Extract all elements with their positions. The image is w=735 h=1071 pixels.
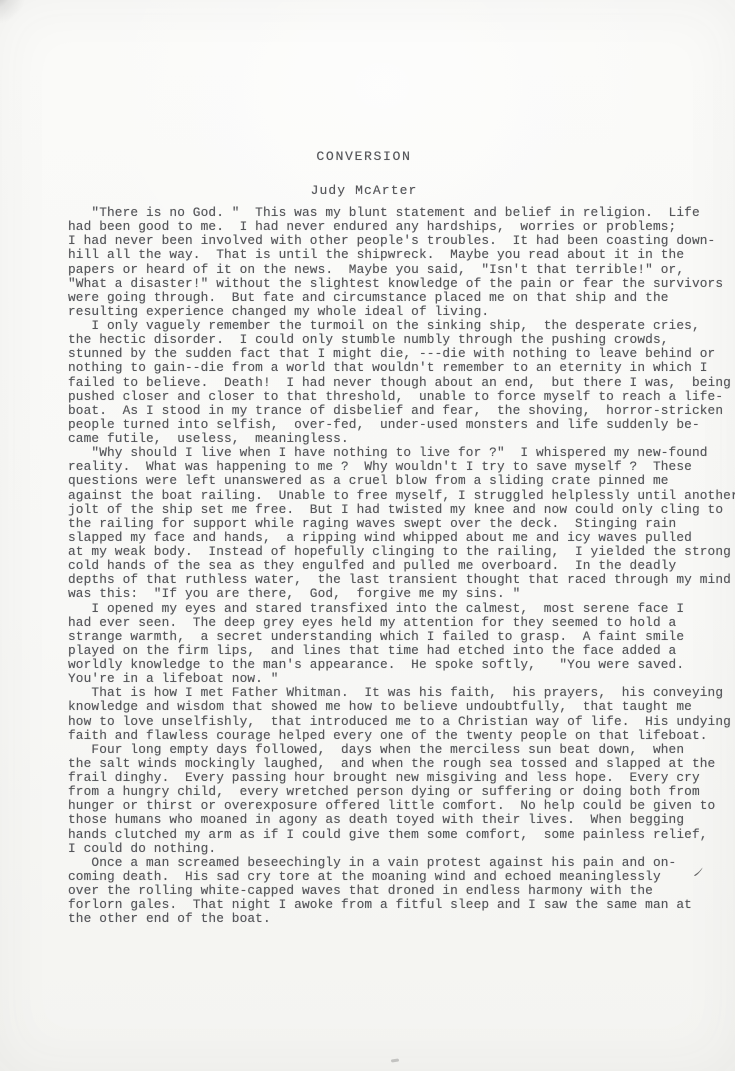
text-line: I opened my eyes and stared transfixed i… (68, 602, 708, 616)
text-line: resulting experience changed my whole id… (68, 305, 708, 319)
text-line: coming death. His sad cry tore at the mo… (68, 870, 708, 884)
paragraph: I opened my eyes and stared transfixed i… (68, 602, 708, 687)
text-line: at my weak body. Instead of hopefully cl… (68, 545, 708, 559)
text-line: jolt of the ship set me free. But I had … (68, 503, 708, 517)
text-line: worldly knowledge to the man's appearanc… (68, 658, 708, 672)
text-line: the salt winds mockingly laughed, and wh… (68, 757, 708, 771)
scanned-document-page: CONVERSION Judy McArter "There is no God… (0, 0, 735, 1071)
text-line: papers or heard of it on the news. Maybe… (68, 263, 708, 277)
text-line: stunned by the sudden fact that I might … (68, 347, 708, 361)
text-line: questions were left unanswered as a crue… (68, 474, 708, 488)
text-line: was this: "If you are there, God, forgiv… (68, 587, 708, 601)
text-line: Four long empty days followed, days when… (68, 743, 708, 757)
text-line: knowledge and wisdom that showed me how … (68, 700, 708, 714)
paragraph: "There is no God. " This was my blunt st… (68, 206, 708, 319)
text-line: hands clutched my arm as if I could give… (68, 828, 708, 842)
paragraph: "Why should I live when I have nothing t… (68, 446, 708, 601)
text-line: the railing for support while raging wav… (68, 517, 708, 531)
page-title: CONVERSION (60, 150, 668, 164)
text-line: "Why should I live when I have nothing t… (68, 446, 708, 460)
text-line: I had never been involved with other peo… (68, 234, 708, 248)
text-line: the hectic disorder. I could only stumbl… (68, 333, 708, 347)
text-line: how to love unselfishly, that introduced… (68, 715, 708, 729)
text-line: came futile, useless, meaningless. (68, 432, 708, 446)
text-line: faith and flawless courage helped every … (68, 729, 708, 743)
story-body: "There is no God. " This was my blunt st… (68, 206, 708, 926)
text-line: I could do nothing. (68, 842, 708, 856)
text-line: strange warmth, a secret understanding w… (68, 630, 708, 644)
text-line: people turned into selfish, over-fed, un… (68, 418, 708, 432)
text-line: cold hands of the sea as they engulfed a… (68, 559, 708, 573)
text-line: reality. What was happening to me ? Why … (68, 460, 708, 474)
document-heading: CONVERSION Judy McArter (60, 150, 668, 198)
text-line: were going through. But fate and circums… (68, 291, 708, 305)
text-line: boat. As I stood in my trance of disbeli… (68, 404, 708, 418)
text-line: "There is no God. " This was my blunt st… (68, 206, 708, 220)
text-line: hunger or thirst or overexposure offered… (68, 799, 708, 813)
text-line: against the boat railing. Unable to free… (68, 489, 708, 503)
paragraph: I only vaguely remember the turmoil on t… (68, 319, 708, 446)
text-line: I only vaguely remember the turmoil on t… (68, 319, 708, 333)
text-line: failed to believe. Death! I had never th… (68, 376, 708, 390)
paper-speck (391, 1058, 399, 1062)
text-line: forlorn gales. That night I awoke from a… (68, 898, 708, 912)
text-line: had ever seen. The deep grey eyes held m… (68, 616, 708, 630)
text-line: those humans who moaned in agony as deat… (68, 813, 708, 827)
text-line: from a hungry child, every wretched pers… (68, 785, 708, 799)
text-line: slapped my face and hands, a ripping win… (68, 531, 708, 545)
text-line: Once a man screamed beseechingly in a va… (68, 856, 708, 870)
paragraph: That is how I met Father Whitman. It was… (68, 686, 708, 743)
text-line: hill all the way. That is until the ship… (68, 248, 708, 262)
text-line: played on the firm lips, and lines that … (68, 644, 708, 658)
text-line: over the rolling white-capped waves that… (68, 884, 708, 898)
text-line: pushed closer and closer to that thresho… (68, 390, 708, 404)
text-line: nothing to gain--die from a world that w… (68, 361, 708, 375)
text-line: the other end of the boat. (68, 912, 708, 926)
paragraph: Four long empty days followed, days when… (68, 743, 708, 856)
text-line: You're in a lifeboat now. " (68, 672, 708, 686)
paragraph: Once a man screamed beseechingly in a va… (68, 856, 708, 927)
text-line: "What a disaster!" without the slightest… (68, 277, 708, 291)
text-line: frail dinghy. Every passing hour brought… (68, 771, 708, 785)
text-line: had been good to me. I had never endured… (68, 220, 708, 234)
byline: Judy McArter (60, 184, 668, 198)
text-line: That is how I met Father Whitman. It was… (68, 686, 708, 700)
text-line: depths of that ruthless water, the last … (68, 573, 708, 587)
